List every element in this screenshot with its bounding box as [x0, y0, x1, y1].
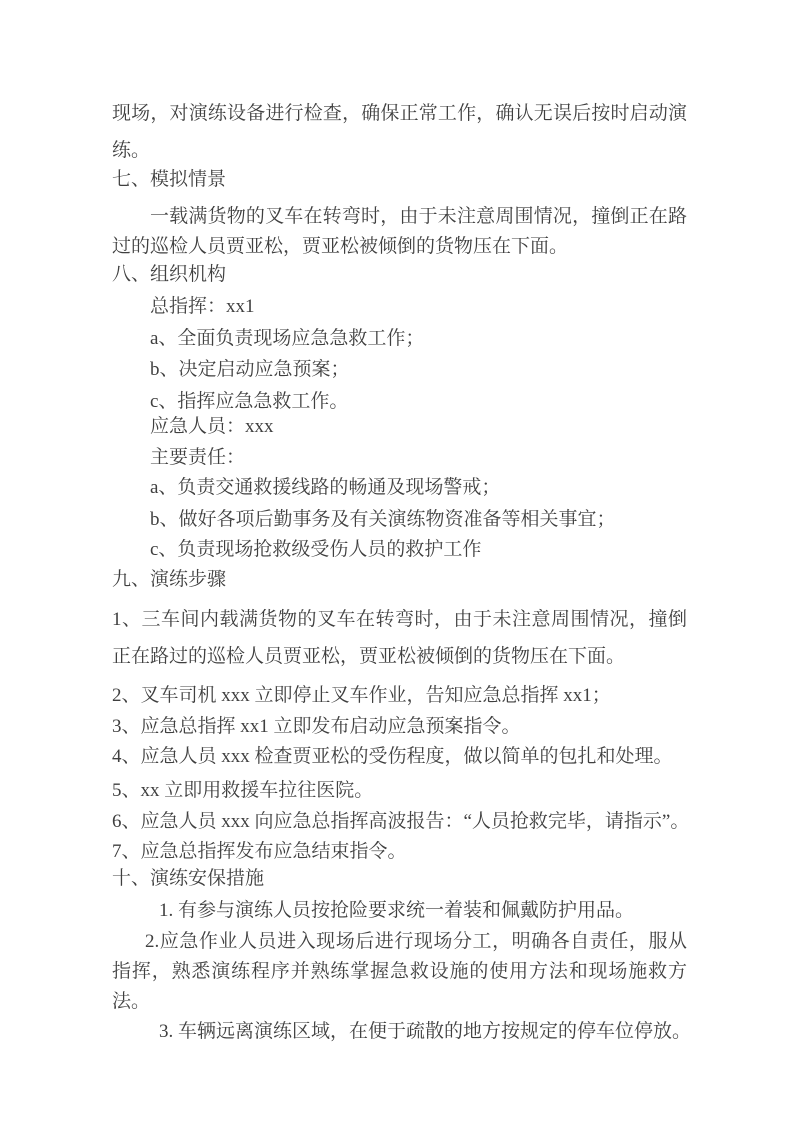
- line-main-duty-a: a、负责交通救援线路的畅通及现场警戒；: [112, 473, 687, 503]
- line-main-duty-c: c、负责现场抢救级受伤人员的救护工作: [112, 535, 687, 565]
- document-body: 现场，对演练设备进行检查，确保正常工作，确认无误后按时启动演练。 七、模拟情景 …: [112, 95, 687, 1047]
- step-2: 2、叉车司机 xxx 立即停止叉车作业，告知应急总指挥 xx1；: [112, 681, 687, 711]
- line-emergency-staff: 应急人员：xxx: [112, 412, 687, 442]
- section-heading-10: 十、演练安保措施: [112, 864, 687, 894]
- line-chief-commander: 总指挥：xx1: [112, 292, 687, 322]
- section-heading-7: 七、模拟情景: [112, 165, 687, 195]
- section-heading-9: 九、演练步骤: [112, 565, 687, 595]
- line-main-duty-b: b、做好各项后勤事务及有关演练物资准备等相关事宜；: [112, 505, 687, 535]
- step-3: 3、应急总指挥 xx1 立即发布启动应急预案指令。: [112, 712, 687, 742]
- line-duty-a: a、全面负责现场应急急救工作；: [112, 324, 687, 354]
- document-page: 现场，对演练设备进行检查，确保正常工作，确认无误后按时启动演练。 七、模拟情景 …: [0, 0, 793, 1122]
- security-measure-1: 1. 有参与演练人员按抢险要求统一着装和佩戴防护用品。: [112, 896, 687, 926]
- step-6: 6、应急人员 xxx 向应急总指挥高波报告：“人员抢救完毕，请指示”。: [112, 807, 687, 837]
- step-5: 5、xx 立即用救援车拉往医院。: [112, 776, 687, 806]
- line-duty-b: b、决定启动应急预案；: [112, 355, 687, 385]
- security-measure-2: 2.应急作业人员进入现场后进行现场分工，明确各自责任，服从指挥，熟悉演练程序并熟…: [112, 927, 687, 1017]
- paragraph-scenario: 一载满货物的叉车在转弯时，由于未注意周围情况，撞倒正在路过的巡检人员贾亚松，贾亚…: [112, 202, 687, 262]
- line-main-duty: 主要责任：: [112, 443, 687, 473]
- security-measure-3: 3. 车辆远离演练区域，在便于疏散的地方按规定的停车位停放。: [112, 1017, 687, 1047]
- step-7: 7、应急总指挥发布应急结束指令。: [112, 837, 687, 867]
- paragraph-continuation: 现场，对演练设备进行检查，确保正常工作，确认无误后按时启动演练。: [112, 95, 687, 169]
- step-4: 4、应急人员 xxx 检查贾亚松的受伤程度，做以简单的包扎和处理。: [112, 742, 687, 772]
- section-heading-8: 八、组织机构: [112, 260, 687, 290]
- step-1: 1、三车间内载满货物的叉车在转弯时，由于未注意周围情况，撞倒正在路过的巡检人员贾…: [112, 601, 687, 675]
